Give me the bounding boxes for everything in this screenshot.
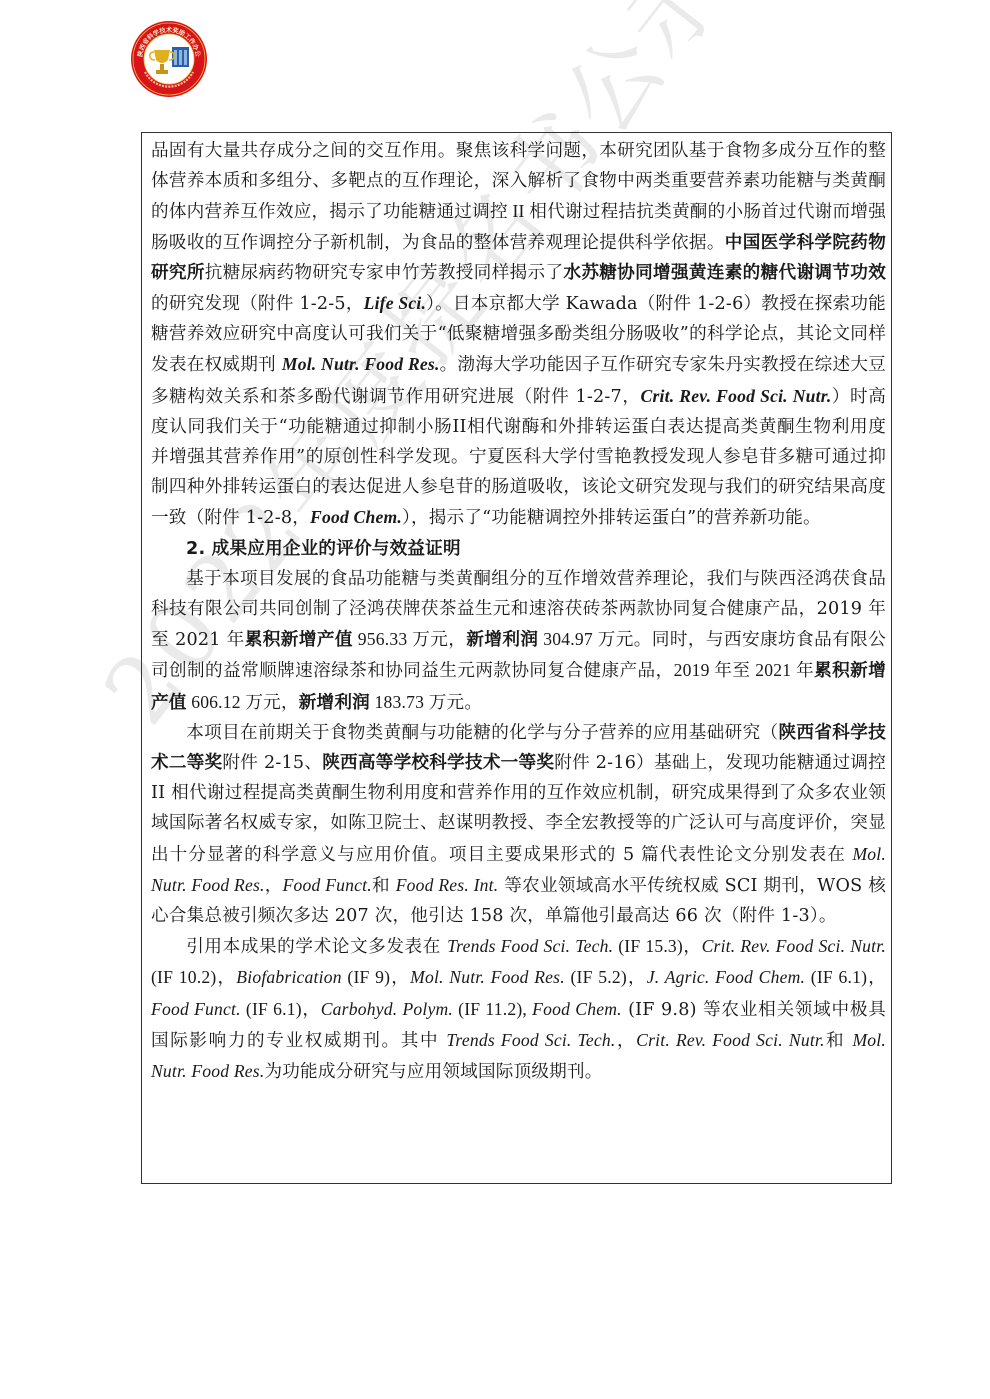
text: 606.12 万元，: [187, 692, 299, 712]
text: (IF 11.2),: [453, 999, 532, 1019]
text: 引用本成果的学术论文多发表在: [186, 937, 447, 957]
text: ），揭示了“功能糖调控外排转运蛋白”的营养新功能。: [402, 508, 821, 528]
section-heading: 2. 成果应用企业的评价与效益证明: [151, 534, 886, 564]
highlight-profit: 新增利润: [466, 630, 538, 650]
text: (IF 9)，: [342, 967, 410, 987]
journal-name: Biofabrication: [236, 967, 341, 987]
journal-name: Trends Food Sci. Tech.: [446, 1030, 615, 1050]
text: (IF 6.1)，: [805, 967, 886, 987]
award-seal-logo: 陕西省科学技术奖励工作办公室: [130, 20, 208, 98]
paragraph-awards-citations: 本项目在前期关于食物类黄酮与功能糖的化学与分子营养的应用基础研究（陕西省科学技术…: [151, 718, 886, 931]
journal-name: Carbohyd. Polym.: [321, 999, 453, 1019]
text: ，: [616, 1031, 637, 1051]
highlight-award: 陕西高等学校科学技术一等奖: [322, 753, 554, 773]
journal-name: Crit. Rev. Food Sci. Nutr.: [641, 386, 832, 406]
text: 183.73 万元。: [370, 692, 482, 712]
text: (IF 15.3)，: [613, 936, 701, 956]
document-body: 品固有大量共存成分之间的交互作用。聚焦该科学问题，本研究团队基于食物多成分互作的…: [151, 136, 886, 1087]
paragraph-citing-journals: 引用本成果的学术论文多发表在 Trends Food Sci. Tech. (I…: [151, 931, 886, 1087]
text: 的研究发现（附件 1-2-5，: [151, 294, 364, 314]
text: 和: [372, 876, 396, 896]
journal-name: Trends Food Sci. Tech.: [447, 936, 613, 956]
text: 附件 2-15、: [222, 753, 322, 773]
journal-name: Food Chem.: [532, 999, 622, 1019]
text: (IF 6.1)，: [241, 999, 321, 1019]
text: ，: [265, 876, 283, 896]
text: 和: [825, 1031, 853, 1051]
paragraph-enterprise-benefits: 基于本项目发展的食品功能糖与类黄酮组分的互作增效营养理论，我们与陕西泾鸿茯食品科…: [151, 564, 886, 718]
highlight-finding: 水苏糖协同增强黄连素的糖代谢调节功效: [563, 263, 886, 283]
text: (IF 5.2)，: [565, 967, 647, 987]
journal-name: Food Funct.: [151, 999, 241, 1019]
text: 956.33 万元，: [353, 629, 466, 649]
journal-name: Crit. Rev. Food Sci. Nutr.: [636, 1030, 824, 1050]
journal-name: J. Agric. Food Chem.: [647, 967, 805, 987]
text: 抗糖尿病药物研究专家申竹芳教授同样揭示了: [205, 263, 564, 283]
text: 为功能成分研究与应用领域国际顶级期刊。: [264, 1062, 602, 1082]
journal-name: Food Chem.: [310, 507, 402, 527]
text: II: [508, 201, 529, 221]
journal-name: Crit. Rev. Food Sci. Nutr.: [702, 936, 886, 956]
journal-name: Mol. Nutr. Food Res.: [410, 967, 565, 987]
highlight-profit: 新增利润: [299, 693, 370, 713]
highlight-output-value: 累积新增产值: [245, 630, 353, 650]
paragraph-research-recognition: 品固有大量共存成分之间的交互作用。聚焦该科学问题，本研究团队基于食物多成分互作的…: [151, 136, 886, 534]
award-seal-icon: 陕西省科学技术奖励工作办公室: [130, 20, 208, 98]
text: 本项目在前期关于食物类黄酮与功能糖的化学与分子营养的应用基础研究（: [186, 723, 778, 743]
journal-name: Mol. Nutr. Food Res.: [282, 354, 440, 374]
journal-name: Food Res. Int.: [396, 875, 499, 895]
journal-name: Life Sci.: [364, 293, 426, 313]
journal-name: Food Funct.: [283, 875, 372, 895]
text: (IF 10.2)，: [151, 967, 236, 987]
